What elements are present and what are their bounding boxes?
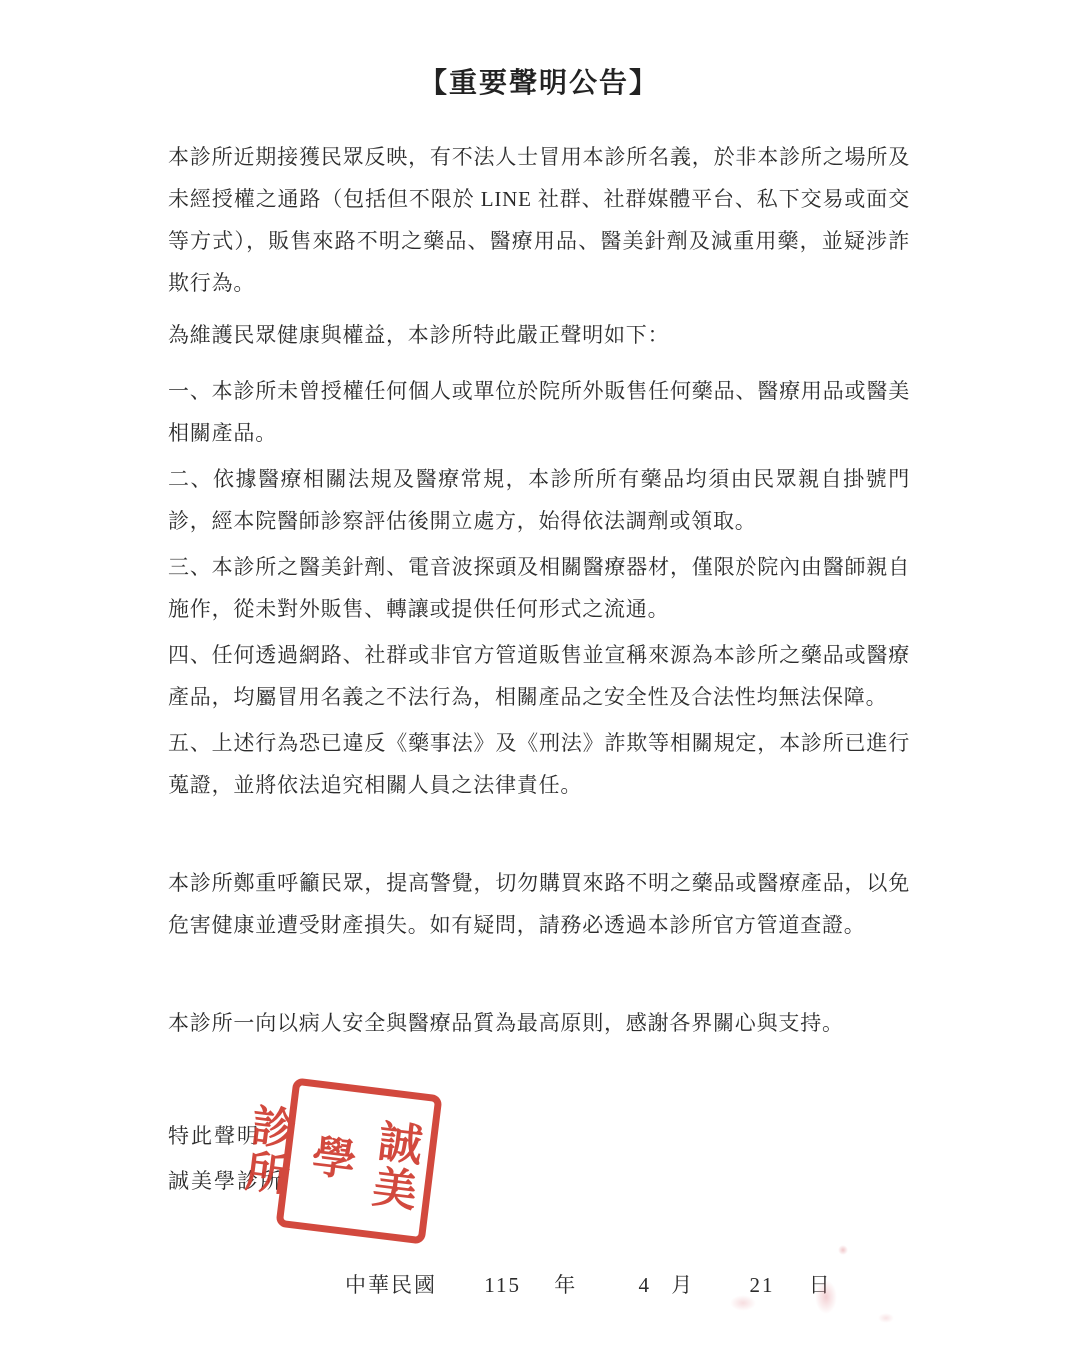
date-day-unit: 日 xyxy=(809,1264,832,1306)
date-day: 21 xyxy=(749,1264,774,1306)
lead-in-paragraph: 為維護民眾健康與權益，本診所特此嚴正聲明如下： xyxy=(168,314,910,356)
date-month: 4 xyxy=(638,1264,651,1306)
date-year: 115 xyxy=(484,1264,521,1306)
date-line: 中華民國 115 年 4 月 21 日 xyxy=(345,1264,910,1306)
seal-right-column: 誠美學 xyxy=(289,1088,432,1235)
clinic-seal-stamp: 誠美學 診所 xyxy=(275,1077,442,1244)
statement-item-2: 二、依據醫療相關法規及醫療常規，本診所所有藥品均須由民眾親自掛號門診，經本院醫師… xyxy=(168,458,910,542)
clinic-seal-text: 誠美學 診所 xyxy=(285,1087,432,1234)
scanned-announcement-page: 【重要聲明公告】 本診所近期接獲民眾反映，有不法人士冒用本診所名義，於非本診所之… xyxy=(0,0,1080,1350)
intro-paragraph: 本診所近期接獲民眾反映，有不法人士冒用本診所名義，於非本診所之場所及未經授權之通… xyxy=(168,136,910,304)
closing-paragraph: 本診所一向以病人安全與醫療品質為最高原則，感謝各界關心與支持。 xyxy=(168,1002,910,1044)
date-era: 中華民國 xyxy=(345,1264,437,1306)
appeal-paragraph: 本診所鄭重呼籲民眾，提高警覺，切勿購買來路不明之藥品或醫療產品，以免危害健康並遭… xyxy=(168,862,910,946)
statement-item-3: 三、本診所之醫美針劑、電音波探頭及相關醫療器材，僅限於院內由醫師親自施作，從未對… xyxy=(168,546,910,630)
scan-ink-speckle xyxy=(878,1313,894,1323)
date-year-unit: 年 xyxy=(554,1264,577,1306)
statement-item-5: 五、上述行為恐已違反《藥事法》及《刑法》詐欺等相關規定，本診所已進行蒐證，並將依… xyxy=(168,722,910,806)
scan-ink-speckle xyxy=(838,1245,848,1255)
statement-item-4: 四、任何透過網路、社群或非官方管道販售並宣稱來源為本診所之藥品或醫療產品，均屬冒… xyxy=(168,634,910,718)
statement-item-1: 一、本診所未曾授權任何個人或單位於院所外販售任何藥品、醫療用品或醫美相關產品。 xyxy=(168,370,910,454)
announcement-title: 【重要聲明公告】 xyxy=(168,64,910,104)
date-month-unit: 月 xyxy=(671,1264,694,1306)
